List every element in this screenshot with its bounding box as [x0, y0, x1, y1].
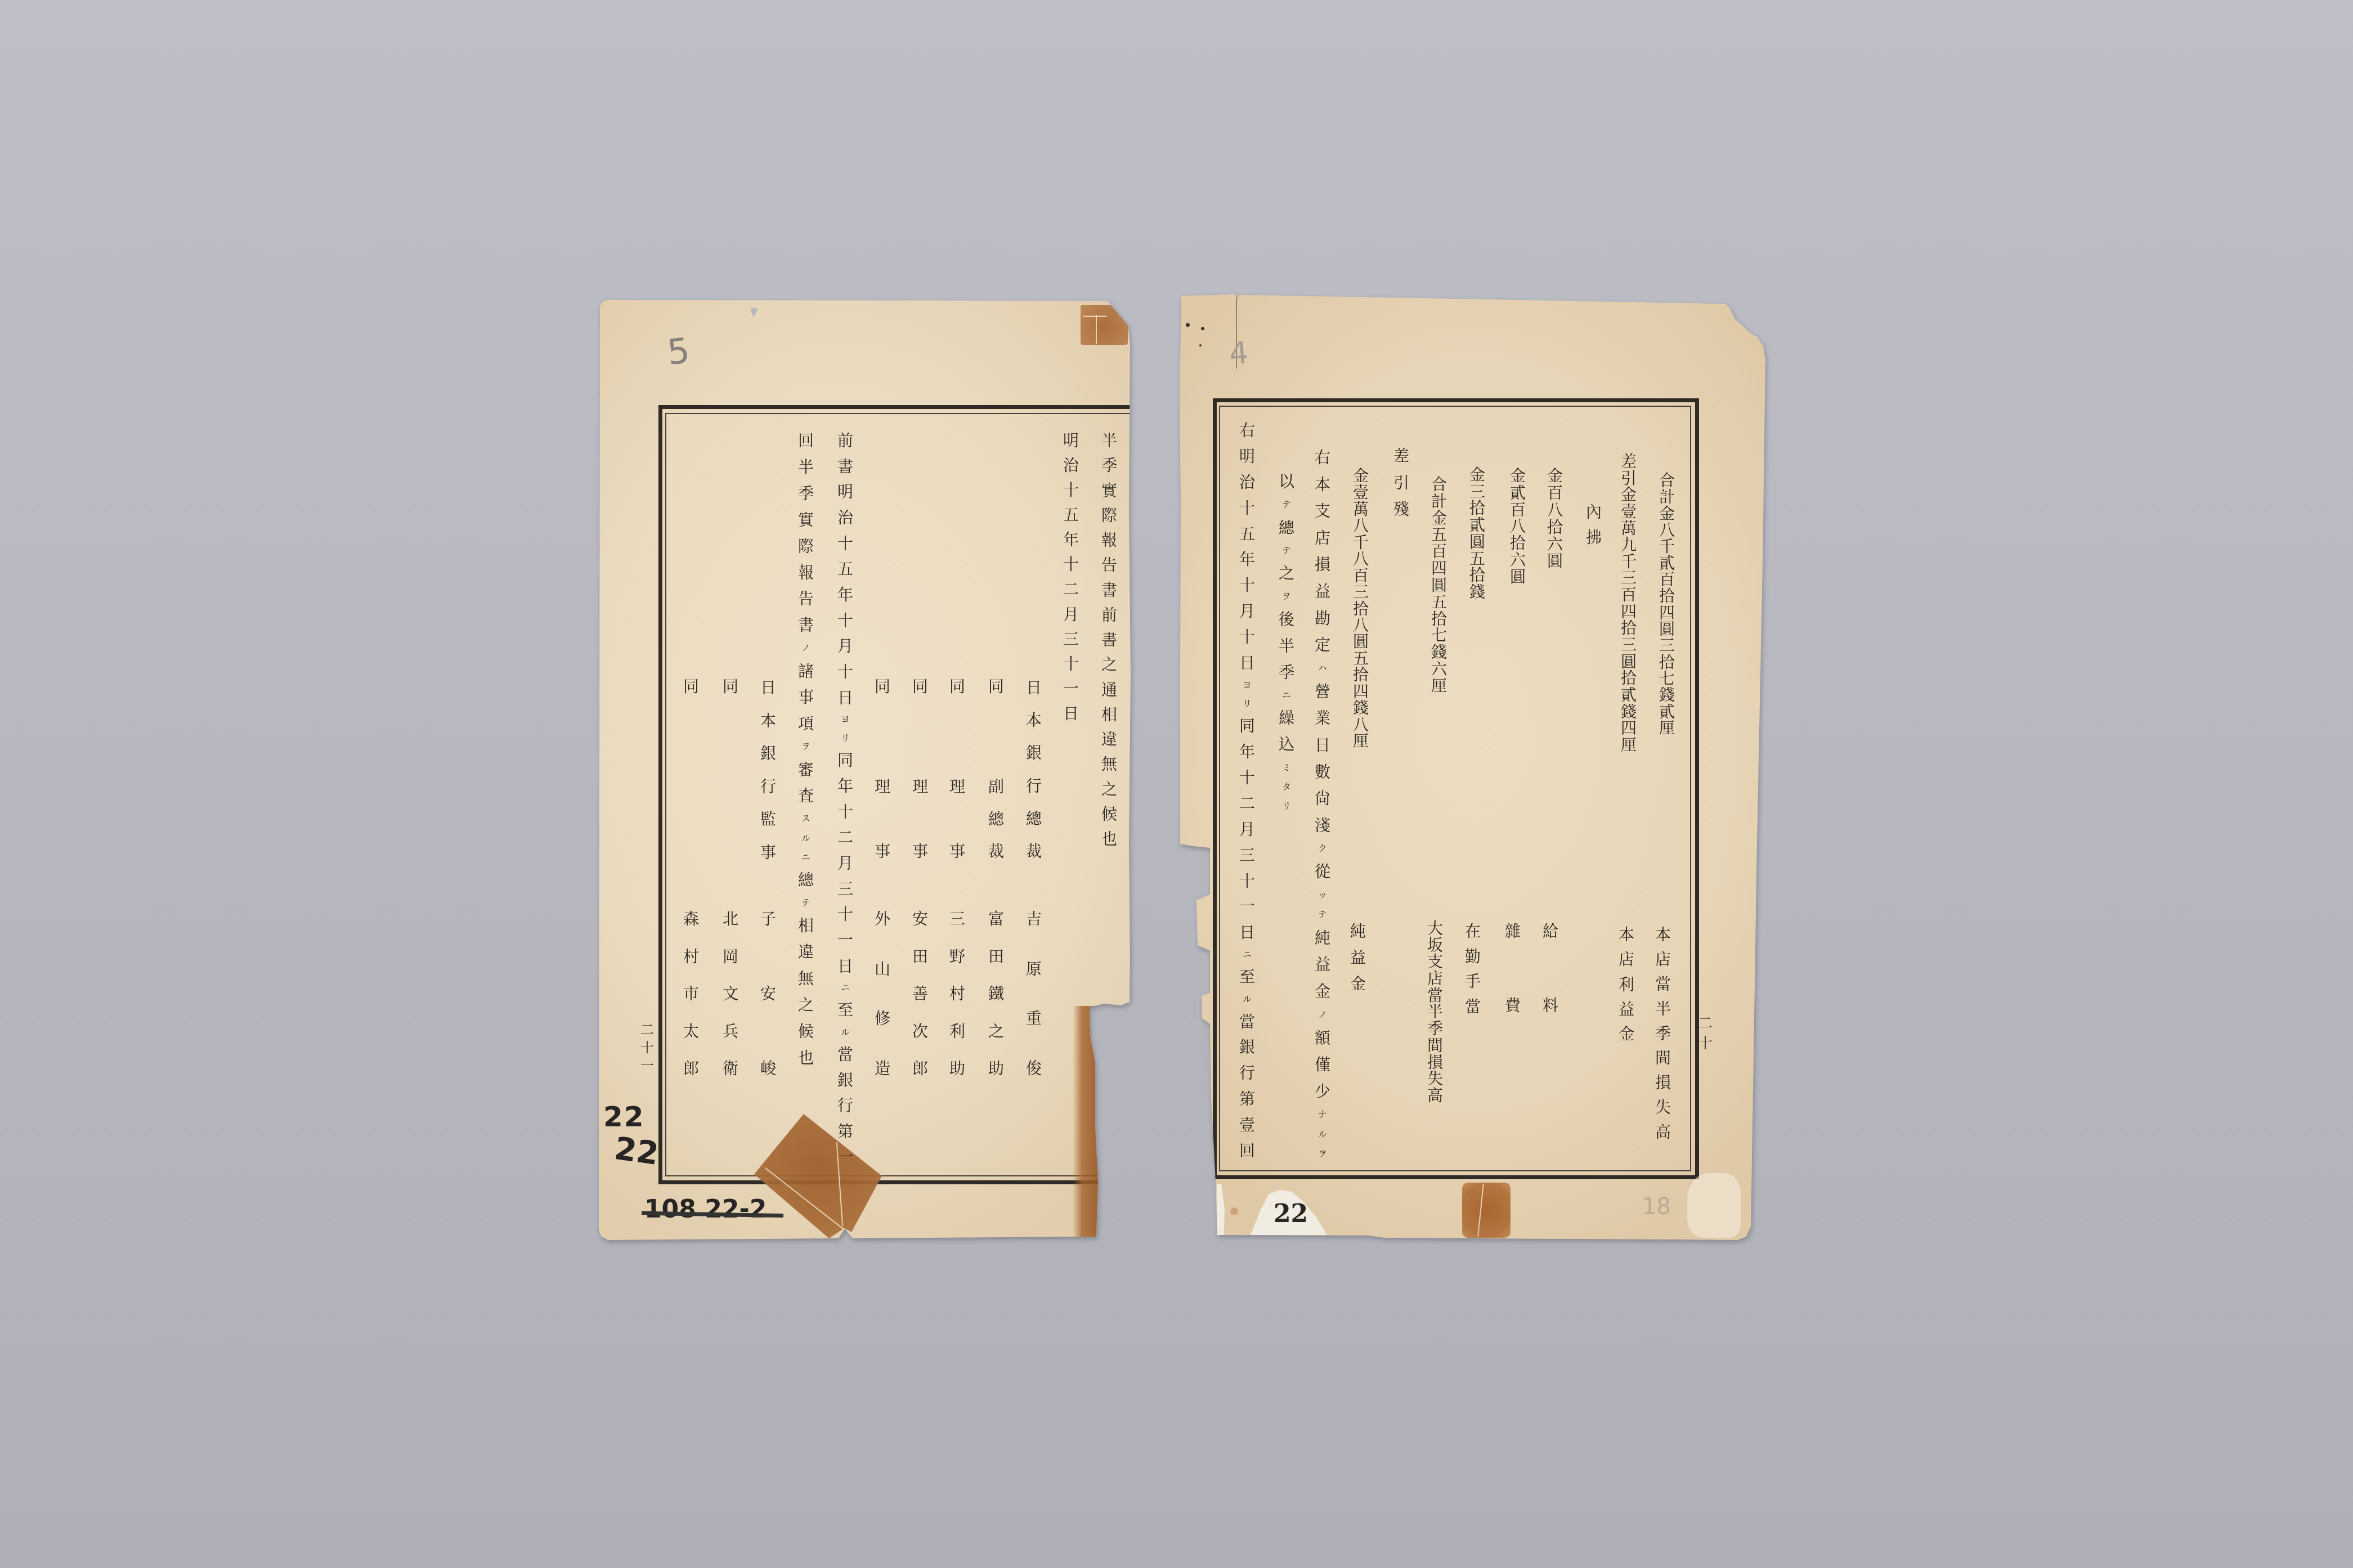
glyph: 五: [1353, 651, 1369, 667]
glyph: 錢: [1431, 645, 1447, 661]
glyph: ナ: [1318, 1111, 1326, 1119]
glyph: 損: [1427, 1055, 1443, 1071]
glyph: 圓: [1431, 578, 1447, 594]
glyph: 一: [1239, 899, 1255, 915]
glyph: 拾: [1621, 671, 1637, 686]
glyph: 八: [1659, 523, 1675, 538]
glyph: リ: [1282, 802, 1290, 811]
faint-erased-mark: 18: [1642, 1194, 1671, 1220]
glyph: 拾: [1659, 655, 1675, 671]
glyph: 純: [1315, 931, 1330, 946]
frame-outer-right: [1695, 398, 1699, 1179]
paper-hole-dot: [1199, 344, 1202, 347]
glyph: ヨ: [1243, 681, 1251, 690]
glyph: 少: [1315, 1084, 1330, 1100]
glyph: 殘: [1393, 502, 1409, 518]
glyph: 日: [1315, 738, 1330, 753]
glyph: 十: [1698, 1036, 1713, 1051]
glyph: 益: [1315, 957, 1330, 973]
torn-white-strip: [1217, 1184, 1225, 1235]
glyph: 拾: [1510, 536, 1526, 551]
glyph: テ: [1282, 547, 1290, 555]
frame-inner-bottom: [1219, 1170, 1691, 1171]
glyph: 從: [1315, 864, 1330, 880]
glyph: 六: [1547, 537, 1563, 552]
glyph: 店: [1655, 952, 1671, 968]
glyph: 六: [1431, 662, 1447, 677]
entry-label: 在勤手當: [1465, 924, 1481, 1015]
glyph: 日: [1239, 655, 1255, 671]
glyph: 厘: [1353, 734, 1369, 749]
glyph: 千: [1659, 539, 1675, 555]
entry-amount: 金貳百八拾六圓: [1510, 469, 1526, 585]
glyph: 大: [1427, 921, 1443, 937]
glyph: 百: [1621, 587, 1637, 603]
glyph: 金: [1621, 487, 1637, 503]
glyph: テ: [1318, 911, 1326, 919]
glyph: 差: [1393, 448, 1409, 464]
glyph: 月: [1239, 822, 1255, 838]
glyph: 金: [1659, 506, 1675, 522]
glyph: 三: [1469, 484, 1485, 500]
glyph: 三: [1353, 585, 1369, 600]
glyph: ッ: [1318, 891, 1326, 900]
glyph: ハ: [1318, 664, 1326, 673]
glyph: 後: [1279, 612, 1294, 628]
glyph: 損: [1655, 1075, 1671, 1091]
glyph: 金: [1350, 977, 1366, 992]
glyph: ミ: [1282, 764, 1290, 772]
glyph: 四: [1353, 684, 1369, 700]
right-page-shadow: 22 4 18 合計金八千貳百拾四圓三拾七錢貳厘 本店當半季間損失高 差引金壹萬…: [0, 0, 2353, 1568]
glyph: 當: [1239, 1014, 1255, 1030]
glyph: 二: [1239, 796, 1255, 812]
glyph: 計: [1431, 494, 1447, 510]
glyph: 利: [1619, 977, 1634, 993]
entry-label: 本店當半季間損失高: [1655, 927, 1671, 1140]
glyph: ニ: [1282, 691, 1290, 700]
glyph: 百: [1431, 544, 1447, 560]
glyph: 十: [1239, 630, 1255, 645]
sticker-number: 22: [1274, 1199, 1308, 1228]
glyph: 益: [1619, 1002, 1634, 1018]
glyph: 店: [1427, 971, 1443, 987]
glyph: 計: [1659, 489, 1675, 505]
glyph: 金: [1619, 1027, 1634, 1043]
glyph: 間: [1427, 1038, 1443, 1054]
glyph: 四: [1621, 721, 1637, 736]
glyph: 錢: [1621, 704, 1637, 720]
glyph: 四: [1431, 561, 1447, 577]
glyph: 三: [1621, 637, 1637, 653]
glyph: リ: [1243, 700, 1251, 708]
entry-label: 本店利益金: [1619, 927, 1634, 1043]
glyph: 至: [1239, 969, 1255, 985]
glyph: 淺: [1315, 818, 1330, 834]
glyph: 業: [1315, 711, 1330, 726]
glyph: 拾: [1659, 588, 1675, 604]
glyph: 半: [1655, 1001, 1671, 1017]
glyph: ニ: [1243, 951, 1251, 959]
glyph: 定: [1315, 637, 1330, 653]
glyph: 八: [1353, 551, 1369, 567]
glyph: 治: [1239, 475, 1255, 491]
frame-inner-top: [1219, 406, 1691, 407]
glyph: 繰: [1279, 711, 1294, 726]
entry-amount: 合計金五百四圓五拾七錢六厘: [1431, 477, 1447, 694]
glyph: 損: [1315, 557, 1330, 573]
glyph: 壹: [1621, 504, 1637, 520]
glyph: 千: [1353, 535, 1369, 551]
glyph: タ: [1282, 783, 1290, 792]
glyph: 拾: [1469, 568, 1485, 583]
glyph: 以: [1279, 474, 1294, 490]
glyph: 勤: [1465, 949, 1481, 965]
glyph: 貳: [1469, 518, 1485, 533]
glyph: 八: [1353, 717, 1369, 733]
paper-hole-dot: [1186, 323, 1190, 327]
glyph: 行: [1239, 1066, 1255, 1081]
glyph: 十: [1239, 501, 1255, 516]
glyph: 支: [1427, 954, 1443, 970]
glyph: 貳: [1510, 486, 1526, 501]
glyph: 圓: [1469, 534, 1485, 550]
glyph: 失: [1427, 1071, 1443, 1087]
glyph: 四: [1659, 605, 1675, 621]
glyph: 八: [1353, 618, 1369, 634]
entry-amount: 金壹萬八千八百三拾八圓五拾四錢八厘: [1353, 469, 1369, 749]
glyph: 百: [1510, 502, 1526, 518]
glyph: 八: [1353, 518, 1369, 534]
glyph: 百: [1659, 572, 1675, 588]
glyph: ノ: [1318, 1011, 1326, 1019]
glyph: 拾: [1431, 612, 1447, 627]
remainder-heading: 差引殘: [1393, 448, 1409, 518]
glyph: 拾: [1469, 501, 1485, 516]
glyph: 金: [1315, 984, 1330, 1000]
page-number: 二十: [1698, 1016, 1713, 1051]
glyph: 間: [1655, 1050, 1671, 1066]
glyph: 二: [1698, 1016, 1713, 1031]
glyph: 壹: [1353, 485, 1369, 501]
pencil-page-mark: 4: [1228, 335, 1250, 371]
entry-label: 給料: [1543, 924, 1558, 1014]
glyph: 三: [1621, 570, 1637, 586]
glyph: 三: [1239, 848, 1255, 864]
glyph: 九: [1621, 537, 1637, 553]
glyph: 十: [1239, 874, 1255, 889]
glyph: テ: [1282, 501, 1290, 509]
glyph: 拾: [1547, 520, 1563, 536]
glyph: 厘: [1431, 679, 1447, 694]
glyph: 當: [1655, 977, 1671, 992]
glyph: 手: [1465, 974, 1481, 990]
closing-line: 右明治十五年十月十日ヨリ同年十二月三十一日ニ至ル當銀行第壹回: [1239, 423, 1255, 1159]
glyph: 支: [1315, 504, 1330, 519]
glyph: 費: [1505, 998, 1521, 1014]
glyph: 金: [1431, 511, 1447, 527]
entry-amount: 金百八拾六圓: [1547, 469, 1563, 569]
glyph: ヲ: [1282, 592, 1290, 601]
glyph: 圓: [1659, 622, 1675, 637]
glyph: 五: [1239, 527, 1255, 542]
glyph: 込: [1279, 737, 1294, 753]
glyph: 厘: [1621, 738, 1637, 753]
glyph: 圓: [1547, 554, 1563, 569]
bottom-tape-stain: [1462, 1183, 1511, 1238]
glyph: 右: [1315, 450, 1330, 466]
glyph: 引: [1621, 471, 1637, 487]
note-line-1: 右本支店損益勘定ハ營業日數尙淺ク從ッテ純益金ノ額僅少ナルヲ: [1315, 450, 1330, 1159]
entry-label: 雜費: [1505, 924, 1521, 1014]
glyph: 雜: [1505, 924, 1521, 940]
glyph: ル: [1318, 1130, 1326, 1139]
worn-patch: [1687, 1173, 1741, 1238]
glyph: 總: [1279, 520, 1294, 536]
glyph: 金: [1469, 468, 1485, 483]
glyph: 八: [1547, 502, 1563, 518]
glyph: 店: [1315, 531, 1330, 546]
glyph: 月: [1239, 604, 1255, 619]
glyph: 右: [1239, 423, 1255, 439]
glyph: 內: [1586, 505, 1602, 520]
glyph: 失: [1655, 1100, 1671, 1116]
deductions-heading: 內拂: [1586, 505, 1602, 546]
frame-outer-bottom: [1213, 1175, 1699, 1179]
glyph: 當: [1465, 999, 1481, 1015]
glyph: 五: [1431, 527, 1447, 543]
glyph: 益: [1350, 950, 1366, 966]
glyph: 季: [1655, 1026, 1671, 1042]
glyph: 合: [1431, 477, 1447, 493]
frame-outer-top: [1213, 398, 1699, 402]
glyph: 本: [1619, 927, 1634, 943]
glyph: 合: [1659, 473, 1675, 489]
glyph: 回: [1239, 1143, 1255, 1159]
glyph: 半: [1427, 1004, 1443, 1020]
entry-label: 純益金: [1350, 924, 1366, 992]
glyph: 五: [1469, 551, 1485, 567]
glyph: 季: [1427, 1021, 1443, 1037]
glyph: 三: [1659, 638, 1675, 654]
glyph: 六: [1510, 552, 1526, 568]
glyph: ル: [1243, 995, 1251, 1004]
glyph: 第: [1239, 1091, 1255, 1107]
glyph: ヲ: [1318, 1150, 1326, 1158]
glyph: 拾: [1621, 621, 1637, 636]
frame-inner-right: [1690, 406, 1691, 1171]
glyph: 料: [1543, 998, 1558, 1014]
glyph: 萬: [1353, 502, 1369, 518]
glyph: 萬: [1621, 521, 1637, 537]
glyph: 圓: [1353, 634, 1369, 650]
glyph: 本: [1315, 477, 1330, 493]
glyph: 七: [1431, 628, 1447, 644]
glyph: 引: [1393, 475, 1409, 491]
entry-label: 大坂支店當半季間損失高: [1427, 921, 1443, 1104]
entry-amount: 金三拾貳圓五拾錢: [1469, 468, 1485, 600]
glyph: 數: [1315, 765, 1330, 780]
glyph: 店: [1619, 952, 1634, 968]
glyph: 金: [1353, 469, 1369, 484]
glyph: 八: [1510, 519, 1526, 534]
glyph: 貳: [1621, 688, 1637, 703]
glyph: 七: [1659, 671, 1675, 687]
glyph: 高: [1655, 1125, 1671, 1140]
glyph: 年: [1239, 552, 1255, 568]
glyph: 尙: [1315, 791, 1330, 807]
glyph: 高: [1427, 1088, 1443, 1104]
glyph: 百: [1547, 486, 1563, 501]
glyph: 差: [1621, 454, 1637, 470]
glyph: 拾: [1353, 601, 1369, 617]
glyph: 厘: [1659, 721, 1675, 736]
glyph: 益: [1315, 584, 1330, 600]
glyph: 十: [1239, 770, 1255, 786]
glyph: 在: [1465, 924, 1481, 940]
glyph: 當: [1427, 988, 1443, 1004]
small-stain-spot: [1230, 1207, 1238, 1215]
glyph: 錢: [1469, 585, 1485, 600]
glyph: 千: [1621, 554, 1637, 570]
glyph: 本: [1655, 927, 1671, 943]
frame-inner-left: [1219, 406, 1220, 1171]
glyph: 給: [1543, 924, 1558, 940]
glyph: 圓: [1621, 654, 1637, 670]
right-page: 22 4 18 合計金八千貳百拾四圓三拾七錢貳厘 本店當半季間損失高 差引金壹萬…: [0, 0, 2353, 1568]
glyph: 壹: [1239, 1117, 1255, 1133]
glyph: 五: [1431, 595, 1447, 610]
glyph: 錢: [1659, 688, 1675, 703]
glyph: 金: [1547, 469, 1563, 484]
entry-amount: 差引金壹萬九千三百四拾三圓拾貳錢四厘: [1621, 454, 1637, 753]
glyph: 四: [1621, 604, 1637, 620]
paper-hole-dot: [1201, 327, 1204, 330]
frame-outer-left: [1213, 398, 1217, 1179]
glyph: 營: [1315, 684, 1330, 700]
glyph: 百: [1353, 568, 1369, 584]
glyph: 半: [1279, 639, 1294, 654]
glyph: 拾: [1353, 667, 1369, 683]
glyph: 額: [1315, 1031, 1330, 1046]
entry-amount: 合計金八千貳百拾四圓三拾七錢貳厘: [1659, 473, 1675, 736]
glyph: 貳: [1659, 556, 1675, 572]
glyph: 拂: [1586, 530, 1602, 546]
glyph: 勘: [1315, 611, 1330, 627]
glyph: 明: [1239, 449, 1255, 465]
glyph: 僅: [1315, 1057, 1330, 1073]
glyph: 銀: [1239, 1040, 1255, 1055]
glyph: 同: [1239, 718, 1255, 734]
glyph: 金: [1510, 469, 1526, 484]
glyph: 日: [1239, 925, 1255, 941]
glyph: 錢: [1353, 700, 1369, 716]
note-line-2: 以テ總テ之ヲ後半季ニ繰込ミタリ: [1279, 474, 1294, 811]
glyph: 季: [1279, 665, 1294, 681]
glyph: 坂: [1427, 938, 1443, 954]
glyph: 十: [1239, 578, 1255, 594]
glyph: 純: [1350, 924, 1366, 940]
glyph: 圓: [1510, 569, 1526, 585]
glyph: 貳: [1659, 704, 1675, 720]
glyph: ク: [1318, 844, 1326, 853]
glyph: 年: [1239, 744, 1255, 760]
glyph: 之: [1279, 566, 1294, 582]
